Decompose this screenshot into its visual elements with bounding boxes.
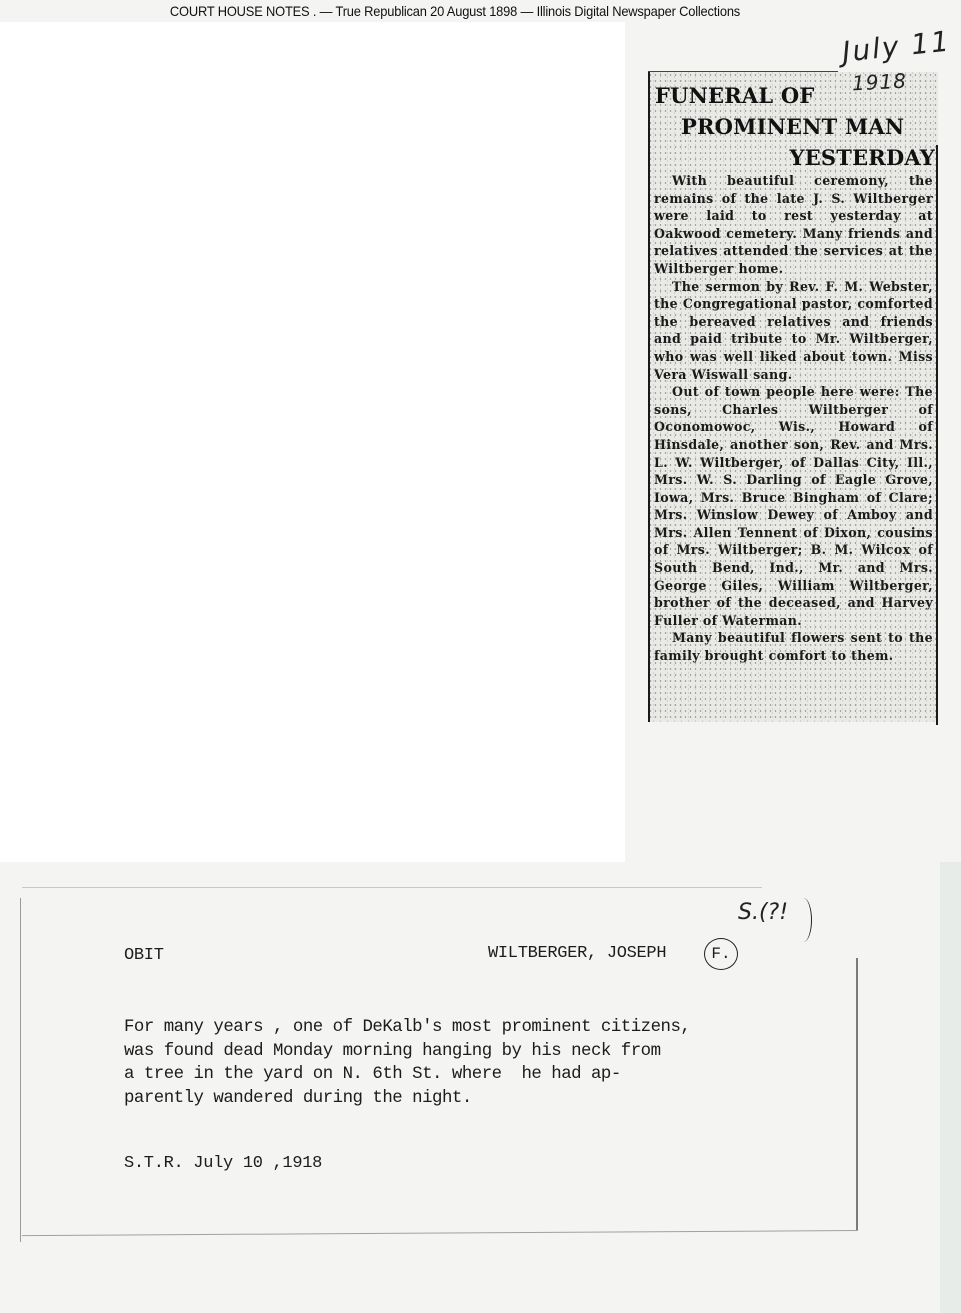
handwritten-margin-note: S.(?! xyxy=(738,900,788,925)
clipping-border-right xyxy=(936,145,938,725)
clipping-article: With beautiful ceremony, the remains of … xyxy=(654,172,933,665)
headline-line: PROMINENT MAN xyxy=(655,111,937,142)
article-paragraph: Out of town people here were: The sons, … xyxy=(654,383,933,629)
card-border-left xyxy=(20,898,21,1242)
obit-body-line: For many years , one of DeKalb's most pr… xyxy=(124,1016,824,1040)
obit-source-citation: S.T.R. July 10 ,1918 xyxy=(124,1154,322,1173)
obit-body-line: a tree in the yard on N. 6th St. where h… xyxy=(124,1063,824,1087)
handwritten-date: July 11 xyxy=(841,24,953,68)
obit-body-line: was found dead Monday morning hanging by… xyxy=(124,1040,824,1064)
obit-body-line: parently wandered during the night. xyxy=(124,1087,824,1111)
handwritten-parenthesis xyxy=(795,898,812,942)
clipping-border-left xyxy=(648,72,650,722)
article-paragraph: The sermon by Rev. F. M. Webster, the Co… xyxy=(654,278,933,384)
clipping-border-top xyxy=(648,71,838,72)
obit-name: WILTBERGER, JOSEPH xyxy=(488,944,666,963)
card-border-right xyxy=(856,958,858,1230)
article-paragraph: Many beautiful flowers sent to the famil… xyxy=(654,629,933,664)
card-border-top xyxy=(22,887,762,888)
headline-line: FUNERAL OF xyxy=(655,80,937,111)
obit-body: For many years , one of DeKalb's most pr… xyxy=(124,1016,824,1110)
card-border-bottom xyxy=(22,1230,858,1236)
circled-middle-initial: F. xyxy=(704,938,738,970)
clipping-headline: FUNERAL OF PROMINENT MAN YESTERDAY xyxy=(655,80,937,173)
page-caption: COURT HOUSE NOTES . — True Republican 20… xyxy=(36,0,873,22)
scan-background-upper xyxy=(0,22,625,862)
obit-label: OBIT xyxy=(124,946,164,965)
article-paragraph: With beautiful ceremony, the remains of … xyxy=(654,172,933,278)
headline-line: YESTERDAY xyxy=(655,142,937,173)
scan-edge-strip xyxy=(940,862,961,1313)
